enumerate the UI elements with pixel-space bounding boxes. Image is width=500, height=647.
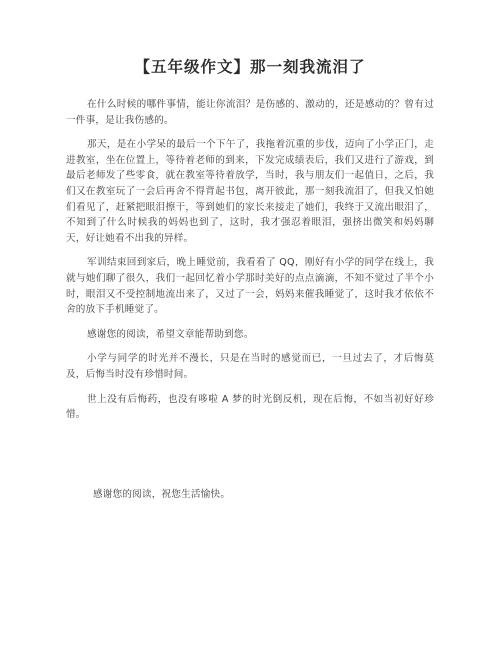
essay-paragraph-regret: 小学与同学的时光并不漫长，只是在当时的感觉而已，一旦过去了，才后悔莫及，后悔当时… — [66, 351, 434, 382]
essay-paragraph-intro: 在什么时候的哪件事情，能让你流泪？是伤感的、激动的，还是感动的？曾有过一件事，是… — [66, 97, 434, 128]
essay-paragraph-last-afternoon: 那天，是在小学呆的最后一个下午了，我拖着沉重的步伐，迈向了小学正门，走进教室，坐… — [66, 137, 434, 246]
document-page: 【五年级作文】那一刻我流泪了 在什么时候的哪件事情，能让你流泪？是伤感的、激动的… — [0, 0, 500, 647]
essay-body: 在什么时候的哪件事情，能让你流泪？是伤感的、激动的，还是感动的？曾有过一件事，是… — [0, 97, 500, 502]
essay-title: 【五年级作文】那一刻我流泪了 — [0, 0, 500, 77]
essay-paragraph-qq-chat: 军训结束回到家后，晚上睡觉前，我看看了 QQ，刚好有小学的同学在线上，我就与她们… — [66, 255, 434, 317]
essay-paragraph-no-regret-medicine: 世上没有后悔药，也没有哆啦 A 梦的时光倒反机，现在后悔，不如当初好好珍惜。 — [66, 392, 434, 423]
closing-line: 感谢您的阅读，祝您生活愉快。 — [66, 487, 434, 503]
essay-paragraph-thanks-reading: 感谢您的阅读，希望文章能帮助到您。 — [66, 327, 434, 343]
